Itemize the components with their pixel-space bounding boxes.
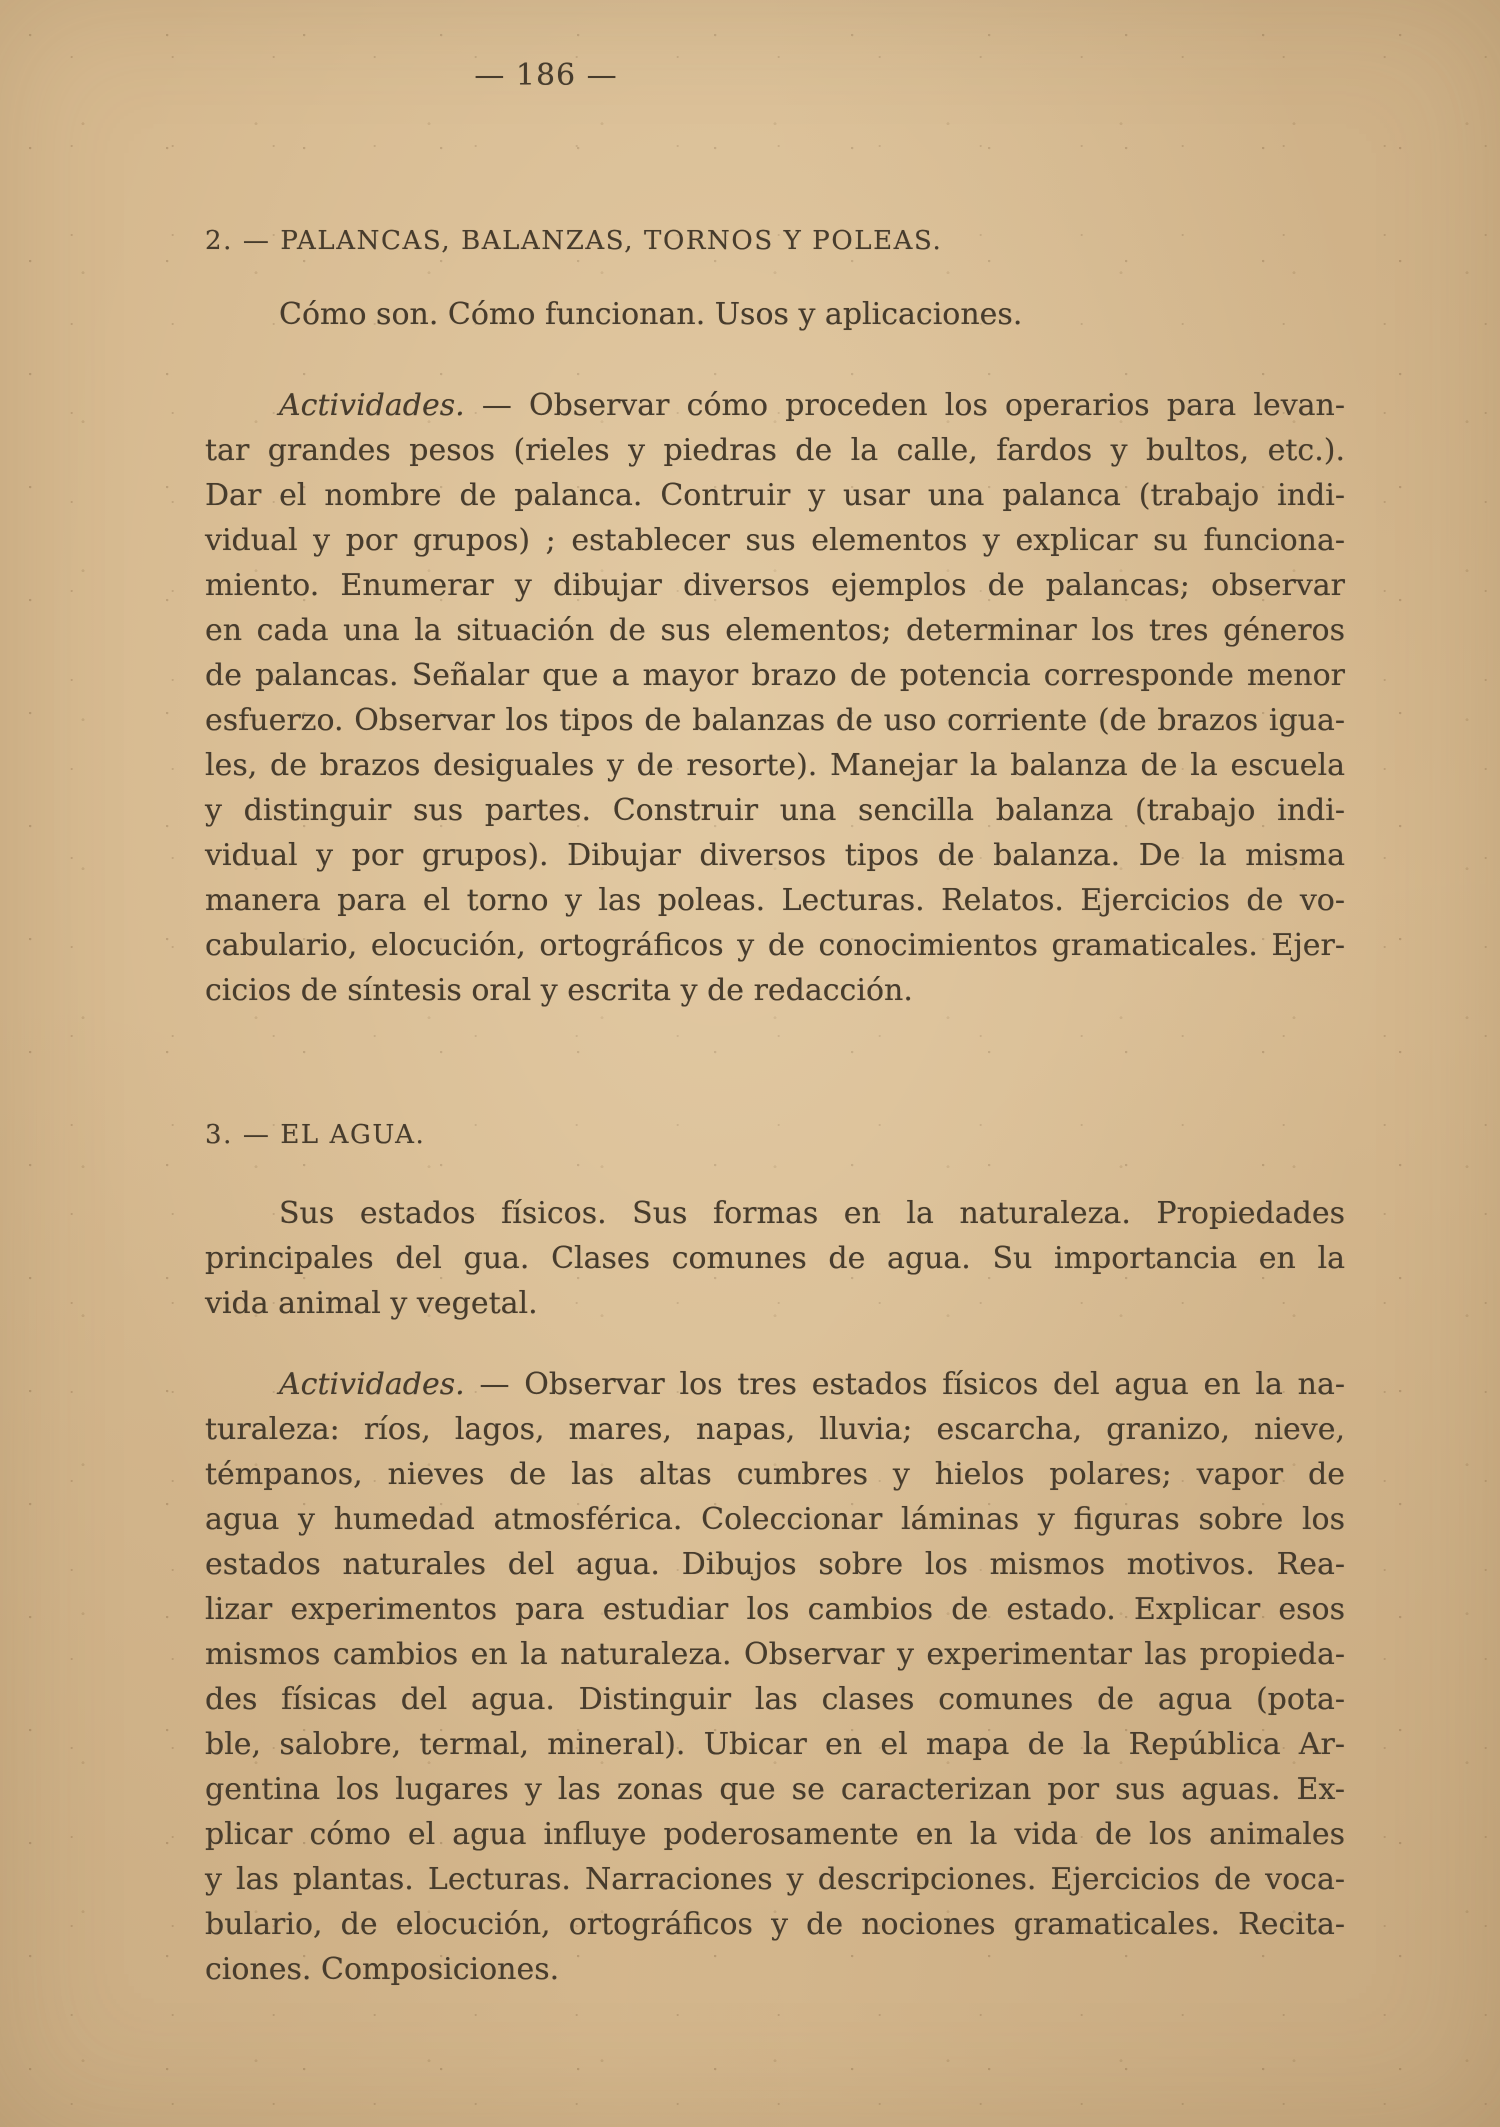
text-line: esfuerzo. Observar los tipos de balanzas… bbox=[205, 698, 1345, 743]
text-line: tar grandes pesos (rieles y piedras de l… bbox=[205, 428, 1345, 473]
text-line: cabulario, elocución, ortográficos y de … bbox=[205, 923, 1345, 968]
text-line-rest: — Observar cómo proceden los operarios p… bbox=[465, 388, 1345, 423]
text-line: les, de brazos desiguales y de resorte).… bbox=[205, 743, 1345, 788]
text-line: bulario, de elocución, ortográficos y de… bbox=[205, 1902, 1345, 1947]
text-line: vidual y por grupos). Dibujar diversos t… bbox=[205, 833, 1345, 878]
text-line: vida animal y vegetal. bbox=[205, 1281, 1345, 1326]
activities-paragraph-agua: Actividades. — Observar los tres estados… bbox=[205, 1362, 1345, 1992]
text-line: Sus estados físicos. Sus formas en la na… bbox=[205, 1191, 1345, 1236]
text-line: témpanos, nieves de las altas cumbres y … bbox=[205, 1452, 1345, 1497]
text-line: lizar experimentos para estudiar los cam… bbox=[205, 1587, 1345, 1632]
text-line: agua y humedad atmosférica. Coleccionar … bbox=[205, 1497, 1345, 1542]
text-line: de palancas. Señalar que a mayor brazo d… bbox=[205, 653, 1345, 698]
text-line: Actividades. — Observar los tres estados… bbox=[205, 1362, 1345, 1407]
text-line: principales del gua. Clases comunes de a… bbox=[205, 1236, 1345, 1281]
text-line: y las plantas. Lecturas. Narraciones y d… bbox=[205, 1857, 1345, 1902]
section-intro-agua: Sus estados físicos. Sus formas en la na… bbox=[205, 1191, 1345, 1326]
text-line: manera para el torno y las poleas. Lectu… bbox=[205, 878, 1345, 923]
section-heading-agua: 3. — EL AGUA. bbox=[205, 1120, 1345, 1150]
text-line: Actividades. — Observar cómo proceden lo… bbox=[205, 383, 1345, 428]
text-line: gentina los lugares y las zonas que se c… bbox=[205, 1767, 1345, 1812]
activities-paragraph-palancas: Actividades. — Observar cómo proceden lo… bbox=[205, 383, 1345, 1013]
text-line-rest: — Observar los tres estados físicos del … bbox=[465, 1367, 1345, 1402]
scanned-book-page: — 186 — 2. — PALANCAS, BALANZAS, TORNOS … bbox=[0, 0, 1500, 2127]
text-line: ble, salobre, termal, mineral). Ubicar e… bbox=[205, 1722, 1345, 1767]
paragraph-lead: Actividades. bbox=[279, 1367, 465, 1402]
text-line: en cada una la situación de sus elemento… bbox=[205, 608, 1345, 653]
text-line: y distinguir sus partes. Construir una s… bbox=[205, 788, 1345, 833]
text-line: vidual y por grupos) ; establecer sus el… bbox=[205, 518, 1345, 563]
section-heading-palancas: 2. — PALANCAS, BALANZAS, TORNOS Y POLEAS… bbox=[205, 226, 1345, 256]
text-line: mismos cambios en la naturaleza. Observa… bbox=[205, 1632, 1345, 1677]
text-line: des físicas del agua. Distinguir las cla… bbox=[205, 1677, 1345, 1722]
section-intro-palancas: Cómo son. Cómo funcionan. Usos y aplicac… bbox=[205, 297, 1345, 332]
text-line: turaleza: ríos, lagos, mares, napas, llu… bbox=[205, 1407, 1345, 1452]
text-line: cicios de síntesis oral y escrita y de r… bbox=[205, 968, 1345, 1013]
text-line: ciones. Composiciones. bbox=[205, 1947, 1345, 1992]
paragraph-lead: Actividades. bbox=[279, 388, 465, 423]
page-number: — 186 — bbox=[0, 58, 1092, 93]
text-line: estados naturales del agua. Dibujos sobr… bbox=[205, 1542, 1345, 1587]
text-line: miento. Enumerar y dibujar diversos ejem… bbox=[205, 563, 1345, 608]
text-line: plicar cómo el agua influye poderosament… bbox=[205, 1812, 1345, 1857]
text-line: Dar el nombre de palanca. Contruir y usa… bbox=[205, 473, 1345, 518]
